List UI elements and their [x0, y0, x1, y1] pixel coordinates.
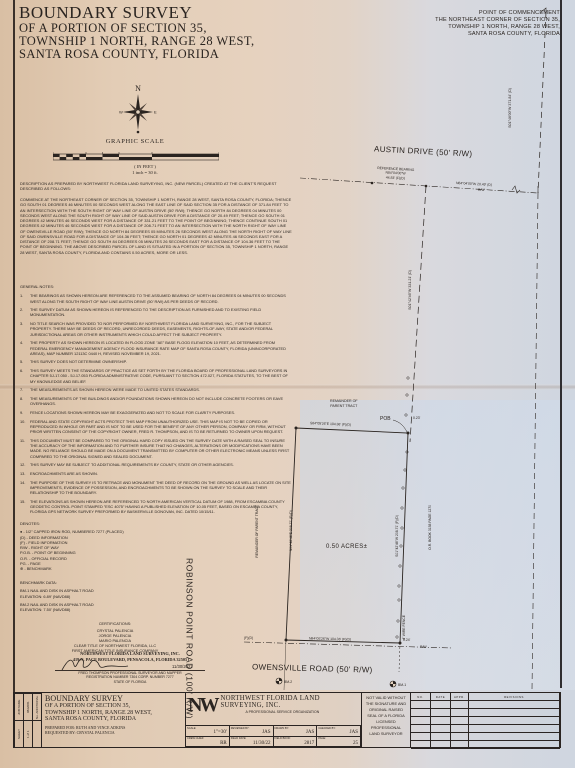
revision-cell [411, 741, 431, 749]
validity-line: LAND SURVEYOR [362, 731, 410, 737]
west-line-bearing: N01°42'46"E 208.71' (F)(D) [289, 510, 293, 551]
revision-cell [431, 733, 451, 741]
parcel-boundary [286, 428, 408, 643]
field-value: 2817 [304, 741, 314, 746]
field-value: JAS [350, 730, 358, 735]
revision-cell [431, 709, 451, 717]
field-key: FIELD DATE: [231, 737, 247, 740]
tb-prepared: PREPARED FOR: RUTH AND VINCE ADKINS REQU… [45, 725, 182, 735]
requested-by: REQUESTED BY: CRYSTAL PALENCIA [45, 730, 182, 735]
validity-notice: NOT VALID WITHOUTTHE SIGNATURE ANDORIGIN… [362, 693, 411, 747]
or-book: O.R. BOOK 3158 [428, 524, 432, 550]
bm2-label: BM-2 [284, 680, 292, 684]
or-page: PAGE 1270 [428, 505, 432, 523]
austin-row-label: R/W [478, 188, 485, 192]
field-key: DRAWN BY: [275, 727, 289, 730]
title-block-field: FIELD BOOK:2817 [274, 737, 318, 748]
job-info-cell [32, 720, 41, 747]
remainder-side-label: REMAINDER OF PARENT TRACT [255, 505, 259, 558]
title-block-field: REVIEWED BY:JAS [230, 726, 274, 737]
job-info-cell: JOB NAME [14, 693, 23, 720]
benchmark-icon [390, 681, 396, 687]
title-block-job-info: JOB NAME0822081No. ADDITIONALSHEET1 of 1 [14, 693, 42, 747]
field-value: JAS [262, 730, 270, 735]
revision-cell [451, 717, 469, 725]
revision-cell [469, 709, 560, 717]
southeast-offset: 0.24' [403, 638, 410, 642]
revision-cell [469, 717, 560, 725]
field-value: JAS [306, 730, 314, 735]
revision-cell [431, 701, 451, 709]
field-key: REVIEWED BY: [231, 727, 250, 730]
title-block-field: DRAWN BY:JAS [274, 726, 318, 737]
job-info-cell: SHEET [14, 720, 23, 747]
tie-line-to-pob [410, 186, 426, 442]
austin-drive-row-line [300, 178, 538, 193]
revision-cell [451, 733, 469, 741]
field-value: 25 [353, 741, 358, 746]
field-value: 1"=30' [213, 730, 226, 735]
tb-firm-sub: A PROFESSIONAL SERVICE ORGANIZATION [245, 710, 359, 714]
title-block-field: CHECKED BY:JAS [317, 726, 361, 737]
remainder-parent-tract-label: REMAINDER OF PARENT TRACT [330, 399, 358, 408]
revision-cell [469, 725, 560, 733]
title-block-field: CREW CHIEF:RR [186, 737, 230, 748]
pob-label: POB [380, 416, 391, 422]
revision-cell [451, 741, 469, 749]
section-line-bearing: S01°46'00"W 371.84' (D) [508, 88, 512, 128]
field-value: RR [220, 741, 227, 746]
job-info-cell: 0822081 [23, 693, 32, 720]
title-block-fields: SCALE:1"=30'REVIEWED BY:JASDRAWN BY:JASC… [186, 726, 361, 747]
revision-cell [411, 709, 431, 717]
tb-title-1: BOUNDARY SURVEY [45, 695, 182, 703]
field-value: 11/30/22 [253, 741, 271, 746]
revision-cell [469, 733, 560, 741]
parcel-area-label: 0.50 ACRES± [326, 544, 367, 550]
title-block-field: FIELD DATE:11/30/22 [230, 737, 274, 748]
title-block-title: BOUNDARY SURVEY OF A PORTION OF SECTION … [42, 693, 186, 747]
revision-cell [431, 717, 451, 725]
revision-cell [469, 741, 560, 749]
remainder-line-2: PARENT TRACT [330, 404, 358, 409]
revision-cell [451, 709, 469, 717]
revision-cell [451, 725, 469, 733]
owensville-west-label: (F)(D) [244, 636, 253, 640]
revision-cell [431, 741, 451, 749]
reference-bearing-label: REFERENCE BEARING N84°04'00"W 44.83' (F)… [377, 166, 415, 181]
revisions-table: NO.DATEAPPR.REVISIONS [411, 693, 560, 747]
revision-cell [411, 701, 431, 709]
field-key: FIELD BOOK: [275, 737, 291, 740]
field-key: CHECKED BY: [318, 727, 335, 730]
revision-header: APPR. [451, 693, 469, 701]
nw-logo-icon: NW [188, 695, 216, 715]
title-block-field: PAGE:25 [317, 737, 361, 748]
title-block-field: SCALE:1"=30' [186, 726, 230, 737]
east-line-bearing: S01°42'46"W 208.71' (F)(D) [395, 515, 399, 557]
title-block-firm: NW NORTHWEST FLORIDA LAND SURVEYING, INC… [186, 693, 362, 747]
section-line [538, 12, 546, 193]
firm-info: NORTHWEST FLORIDA LAND SURVEYING, INC. A… [220, 695, 359, 714]
revision-cell [431, 725, 451, 733]
title-block: JOB NAME0822081No. ADDITIONALSHEET1 of 1… [13, 692, 561, 748]
field-key: PAGE: [318, 737, 326, 740]
job-info-cell: 1 of 1 [23, 720, 32, 747]
firm-header: NW NORTHWEST FLORIDA LAND SURVEYING, INC… [186, 693, 361, 726]
pob-offset: 0.23' [413, 416, 420, 420]
owensville-row-label: R/W [420, 645, 427, 649]
benchmark-icon [276, 678, 282, 684]
tb-firm-name: NORTHWEST FLORIDA LAND SURVEYING, INC. [220, 695, 359, 710]
revision-cell [451, 701, 469, 709]
remainder-line-1: REMAINDER OF [330, 399, 358, 404]
revision-cell [411, 733, 431, 741]
fence-label: 4' WIRE FENCE [402, 615, 406, 640]
survey-plan-drawing [0, 0, 575, 700]
revision-header: REVISIONS [469, 693, 560, 701]
tb-title-4: SANTA ROSA COUNTY, FLORIDA [45, 716, 182, 722]
robinson-road-name: ROBINSON POINT ROAD [184, 558, 194, 670]
revision-cell [469, 701, 560, 709]
or-book-label: O.R. BOOK 3158 PAGE 1270 [428, 505, 432, 550]
field-key: CREW CHIEF: [187, 737, 204, 740]
revision-header: DATE [431, 693, 451, 701]
bm1-label: BM-1 [398, 683, 406, 687]
revision-cell [411, 717, 431, 725]
job-info-cell: No. ADDITIONAL [32, 693, 41, 720]
field-key: SCALE: [187, 727, 196, 730]
revision-cell [411, 725, 431, 733]
tie-line-bearing: S01°42'46"W 331.21' (D) [408, 270, 412, 310]
revision-header: NO. [411, 693, 431, 701]
survey-sheet: BOUNDARY SURVEY OF A PORTION OF SECTION … [0, 0, 575, 768]
